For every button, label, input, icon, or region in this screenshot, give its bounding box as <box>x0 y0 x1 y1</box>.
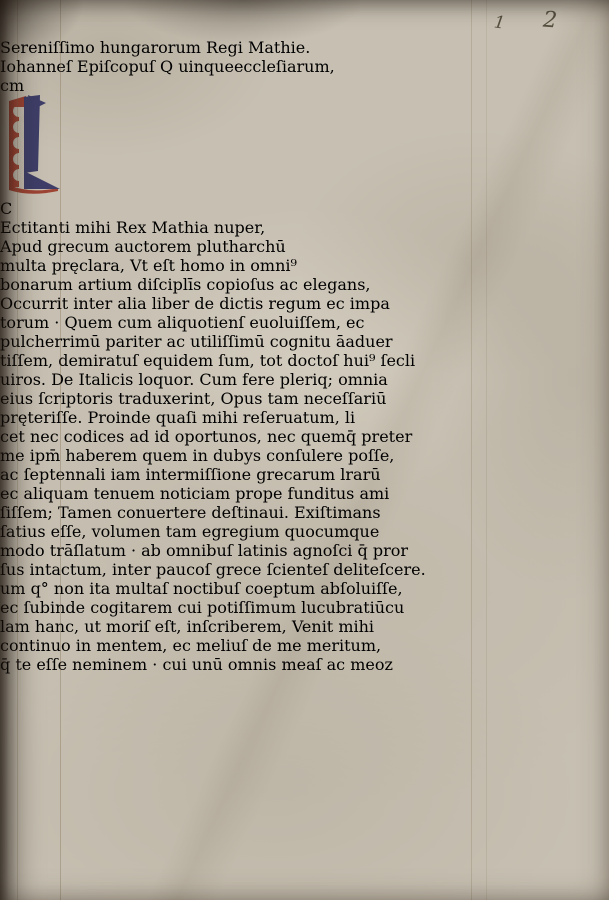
text-line: q̄ te eſſe neminem · cui unū omnis meaſ … <box>0 655 609 674</box>
text-line: Apud grecum auctorem plutharchū <box>0 237 609 256</box>
manuscript-page: 1 2 Sereniſſimo hungarorum Regi Mathie. … <box>0 0 609 900</box>
text-line: bonarum artium diſciplīs copioſus ac ele… <box>0 275 609 294</box>
text-line: Occurrit inter alia liber de dictis regu… <box>0 294 609 313</box>
text-line: torum · Quem cum aliquotienſ euoluiſſem,… <box>0 313 609 332</box>
text-line: ac ſeptennali iam intermiſſione grecarum… <box>0 465 609 484</box>
text-line: lam hanc, ut moriſ eſt, inſcriberem, Ven… <box>0 617 609 636</box>
text-line: uiros. De Italicis loquor. Cum fere pler… <box>0 370 609 389</box>
text-line: continuo in mentem, ec meliuſ de me meri… <box>0 636 609 655</box>
text-line: eius ſcriptoris traduxerint, Opus tam ne… <box>0 389 609 408</box>
margin-letter-c: C <box>0 199 12 218</box>
folio-number-small: 1 <box>493 12 507 33</box>
vertical-ruling-text-left <box>60 0 61 900</box>
text-line: cet nec codices ad id oportunos, nec que… <box>0 427 609 446</box>
text-line: ec ſubinde cogitarem cui potiſſimum lucu… <box>0 598 609 617</box>
vertical-ruling-outer-left <box>17 0 18 900</box>
margin-gloss: cm <box>0 76 24 95</box>
folio-number-large: 2 <box>542 8 558 34</box>
dedication-rubric: Sereniſſimo hungarorum Regi Mathie. Ioha… <box>0 38 609 76</box>
text-line: me ipm̄ haberem quem in dubys conſulere … <box>0 446 609 465</box>
drop-cap-initial-L <box>0 95 609 199</box>
rubric-line: Iohanneſ Epiſcopuſ Q uinqueeccleſiarum, <box>0 57 609 76</box>
text-line: um q° non ita multaſ noctibuſ coeptum ab… <box>0 579 609 598</box>
text-line: modo trāſlatum · ab omnibuſ latinis agno… <box>0 541 609 560</box>
vertical-ruling-outer-right <box>486 0 487 900</box>
text-line: ſiſſem; Tamen conuertere deſtinaui. Exiſ… <box>0 503 609 522</box>
text-line: Ectitanti mihi Rex Mathia nuper, <box>0 218 609 237</box>
vertical-ruling-text-right <box>471 0 472 900</box>
text-line: ſus intactum, inter paucoſ grece ſciente… <box>0 560 609 579</box>
text-line: multa pręclara, Vt eſt homo in omni⁹ <box>0 256 609 275</box>
text-line: pręteriſſe. Proinde quaſi mihi reſeruatu… <box>0 408 609 427</box>
rubric-line: Sereniſſimo hungarorum Regi Mathie. <box>0 38 609 57</box>
ink-speck <box>0 28 9 35</box>
initial-flourish-icon <box>0 95 60 195</box>
manuscript-text-block: Ectitanti mihi Rex Mathia nuper, Apud gr… <box>0 218 609 674</box>
ink-blot <box>76 9 106 30</box>
text-line: ſatius eſſe, volumen tam egregium quocum… <box>0 522 609 541</box>
text-line: tiſſem, demiratuſ equidem ſum, tot docto… <box>0 351 609 370</box>
text-line: pulcherrimū pariter ac utiliſſimū cognit… <box>0 332 609 351</box>
ink-speck <box>0 35 3 38</box>
text-line: ec aliquam tenuem noticiam prope funditu… <box>0 484 609 503</box>
